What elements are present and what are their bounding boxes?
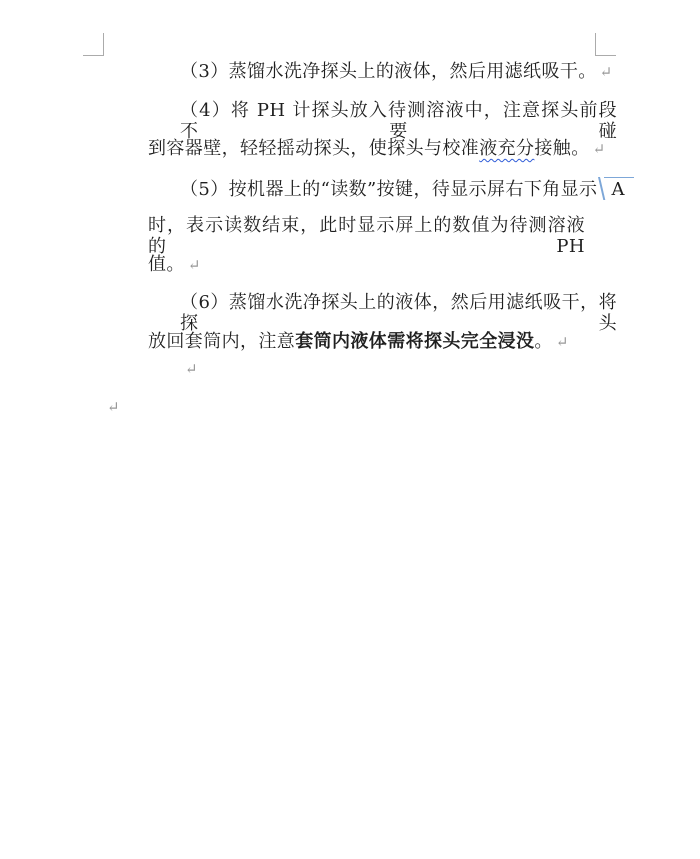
doc-line[interactable]: （3）蒸馏水洗净探头上的液体，然后用滤纸吸干。↵ (180, 61, 612, 83)
doc-line[interactable]: （6）蒸馏水洗净探头上的液体，然后用滤纸吸干，将探头 (180, 292, 617, 334)
doc-line[interactable]: 到容器壁，轻轻摇动探头，使探头与校准液充分接触。↵ (148, 138, 605, 160)
doc-line[interactable]: （5）按机器上的“读数”按键，待显示屏右下角显示A (180, 177, 634, 201)
margin-crop-mark-top-left (83, 33, 104, 56)
doc-line[interactable]: ↵ (104, 396, 120, 418)
doc-line[interactable]: 值。↵ (148, 254, 200, 276)
doc-line[interactable]: 时，表示读数结束，此时显示屏上的数值为待测溶液的 PH (148, 215, 585, 257)
paragraph-mark: ↵ (185, 360, 198, 378)
spell-check-wavy-underline: 液充分 (479, 138, 534, 159)
paragraph-mark: ↵ (556, 333, 569, 351)
line-text: 放回套筒内，注意 (148, 331, 295, 352)
line-text: 值。 (148, 254, 185, 275)
line-text: （6）蒸馏水洗净探头上的液体，然后用滤纸吸干，将探头 (180, 292, 617, 334)
line-text: 。 (534, 331, 552, 352)
line-text: 到容器壁，轻轻摇动探头，使探头与校准 (148, 138, 479, 159)
line-text: 时，表示读数结束，此时显示屏上的数值为待测溶液的 PH (148, 215, 585, 257)
doc-line[interactable]: 放回套筒内，注意套筒内液体需将探头完全浸没。↵ (148, 331, 568, 353)
document-page[interactable]: （3）蒸馏水洗净探头上的液体，然后用滤纸吸干。↵ （4）将 PH 计探头放入待测… (0, 0, 700, 859)
paragraph-mark: ↵ (107, 398, 120, 416)
line-text: （3）蒸馏水洗净探头上的液体，然后用滤纸吸干。 (180, 61, 597, 82)
doc-line[interactable]: ↵ (182, 358, 198, 380)
line-text: （4）将 PH 计探头放入待测溶液中，注意探头前段不要碰 (180, 100, 617, 142)
equation-radical-mark: A (604, 177, 633, 201)
line-text: 接触。 (534, 138, 589, 159)
doc-line[interactable]: （4）将 PH 计探头放入待测溶液中，注意探头前段不要碰 (180, 100, 617, 142)
margin-crop-mark-top-right (595, 33, 616, 56)
equation-letter: A (611, 179, 624, 200)
paragraph-mark: ↵ (600, 63, 613, 81)
line-text: （5）按机器上的“读数”按键，待显示屏右下角显示 (180, 179, 597, 200)
paragraph-mark: ↵ (593, 140, 606, 158)
paragraph-mark: ↵ (188, 256, 201, 274)
bold-text: 套筒内液体需将探头完全浸没 (295, 331, 534, 352)
